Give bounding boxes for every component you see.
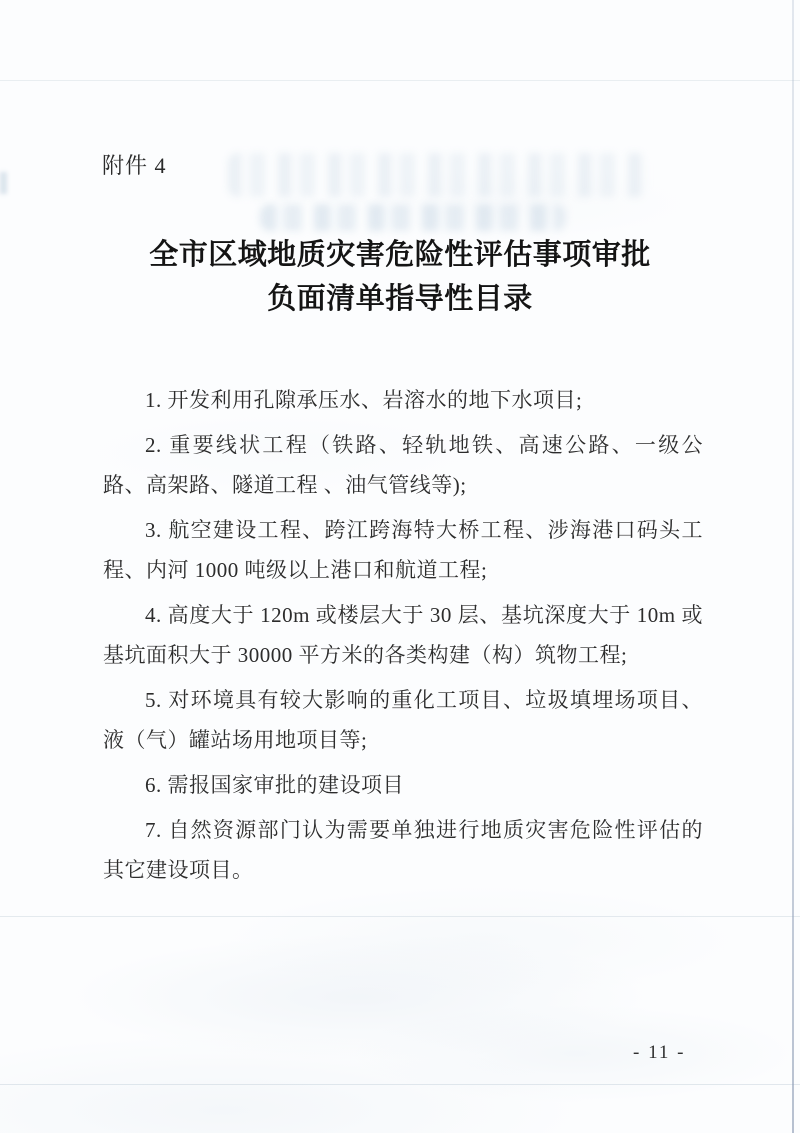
scanned-document-page: 附件 4 全市区域地质灾害危险性评估事项审批 负面清单指导性目录 1. 开发利用… <box>0 0 800 1133</box>
list-item-2: 2. 重要线状工程（铁路、轻轨地铁、高速公路、一级公路、高架路、隧道工程 、油气… <box>103 425 703 505</box>
list-item-6: 6. 需报国家审批的建设项目 <box>103 765 703 805</box>
document-title: 全市区域地质灾害危险性评估事项审批 负面清单指导性目录 <box>0 233 800 321</box>
list-item-7: 7. 自然资源部门认为需要单独进行地质灾害危险性评估的其它建设项目。 <box>103 810 703 890</box>
scan-edge-artifact <box>0 172 7 194</box>
scan-seam-line-top <box>0 80 800 81</box>
scan-seam-line-bottom <box>0 1084 800 1085</box>
ink-bleed-through-lower <box>260 204 566 231</box>
list-item-1: 1. 开发利用孔隙承压水、岩溶水的地下水项目; <box>103 380 703 420</box>
negative-list: 1. 开发利用孔隙承压水、岩溶水的地下水项目; 2. 重要线状工程（铁路、轻轨地… <box>103 380 703 895</box>
document-title-line-2: 负面清单指导性目录 <box>0 277 800 321</box>
attachment-label: 附件 4 <box>102 149 167 180</box>
list-item-5: 5. 对环境具有较大影响的重化工项目、垃圾填埋场项目、液（气）罐站场用地项目等; <box>103 680 703 760</box>
list-item-3: 3. 航空建设工程、跨江跨海特大桥工程、涉海港口码头工程、内河 1000 吨级以… <box>103 510 703 590</box>
page-number: - 11 - <box>633 1042 703 1064</box>
ink-bleed-through-upper <box>228 153 648 197</box>
list-item-4: 4. 高度大于 120m 或楼层大于 30 层、基坑深度大于 10m 或基坑面积… <box>103 595 703 675</box>
scan-edge-line <box>792 0 794 1133</box>
document-title-line-1: 全市区域地质灾害危险性评估事项审批 <box>0 233 800 277</box>
scan-seam-line-middle <box>0 916 800 917</box>
